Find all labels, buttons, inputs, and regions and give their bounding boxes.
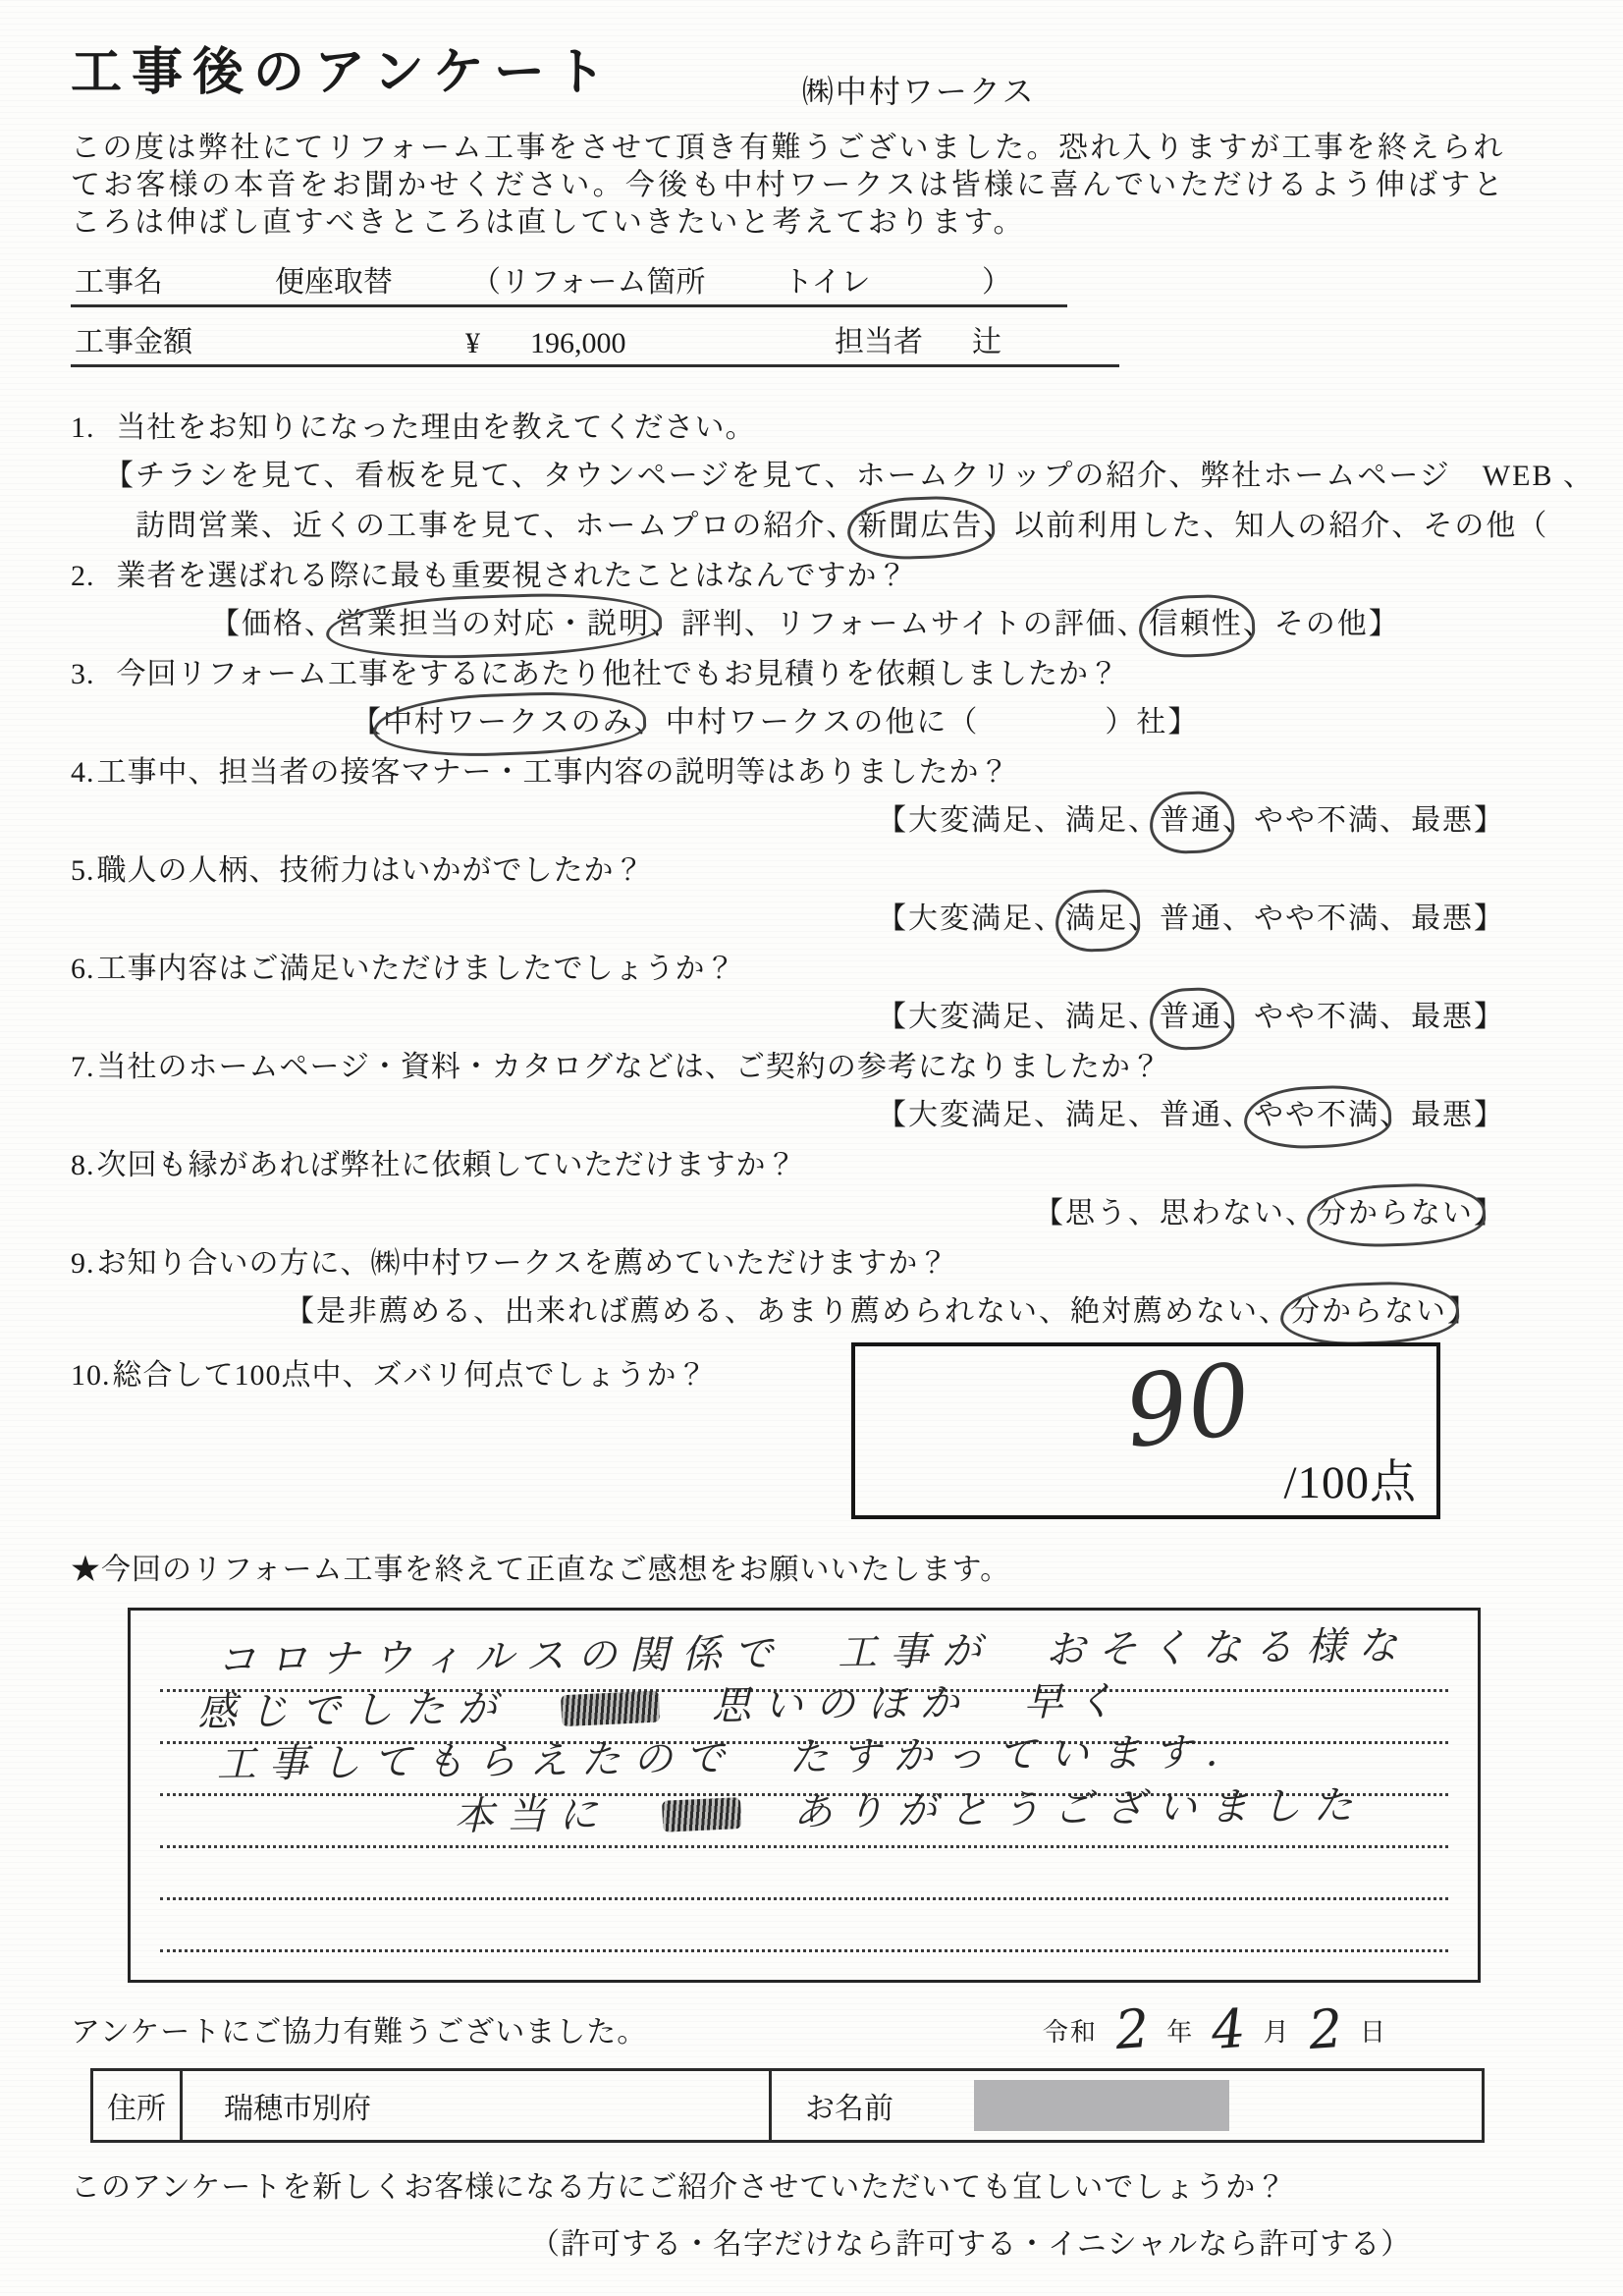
contact-table: 住所 瑞穂市別府 お名前	[90, 2068, 1485, 2143]
manager-label: 担当者	[835, 317, 923, 360]
question-9: 9.お知り合いの方に、㈱中村ワークスを薦めていただけますか？【是非薦める、出来れ…	[71, 1244, 1505, 1331]
option-text: 【大変満足、	[877, 902, 1065, 935]
question-number: 8.	[71, 1149, 95, 1181]
options-line: 【大変満足、満足、普通、やや不満、最悪】	[71, 998, 1505, 1036]
option-text: 【大変満足、満足、	[877, 804, 1160, 837]
amount-label: 工事金額	[75, 317, 192, 360]
option-text: 、以前利用した、知人の紹介、その他（ ）】	[983, 510, 1623, 542]
question-2: 2.業者を選ばれる際に最も重要視されたことはなんですか？【価格、営業担当の対応・…	[71, 557, 1505, 643]
circled-option: 営業担当の対応・説明	[336, 605, 650, 643]
question-number: 1.	[71, 411, 95, 444]
question-text: 職人の人柄、技術力はいかがでしたか？	[97, 854, 645, 887]
option-text: 、普通、やや不満、最悪】	[1128, 902, 1505, 935]
question-number: 7.	[71, 1051, 95, 1083]
option-text: 【	[352, 706, 383, 738]
month-suffix: 月	[1264, 2012, 1291, 2054]
year-value-handwritten: 2	[1113, 2005, 1151, 2055]
thanks-text: アンケートにご協力有難うございました。	[71, 2007, 647, 2054]
question-number: 2.	[71, 560, 95, 592]
question-line: 9.お知り合いの方に、㈱中村ワークスを薦めていただけますか？	[71, 1244, 1505, 1283]
options-line: 訪問営業、近くの工事を見て、ホームプロの紹介、新聞広告、以前利用した、知人の紹介…	[135, 507, 1505, 545]
option-text: 、評判、リフォームサイトの評価、	[650, 608, 1149, 640]
circled-option: 分からない	[1317, 1194, 1474, 1232]
share-permission-question: このアンケートを新しくお客様になる方にご紹介させていただいても宜しいでしょうか？	[71, 2162, 1505, 2206]
name-label: お名前	[772, 2071, 968, 2140]
address-label: 住所	[93, 2071, 183, 2140]
options-line: 【チラシを見て、看板を見て、タウンページを見て、ホームクリップの紹介、弊社ホーム…	[104, 457, 1505, 495]
options-line: 【是非薦める、出来れば薦める、あまり薦められない、絶対薦めない、分からない】	[285, 1292, 1505, 1331]
question-text: 当社のホームページ・資料・カタログなどは、ご契約の参考になりましたか？	[97, 1051, 1162, 1083]
circled-option: やや不満	[1254, 1096, 1380, 1134]
reform-location-value: トイレ	[784, 257, 871, 301]
question-text: 当社をお知りになった理由を教えてください。	[117, 411, 756, 444]
project-name-value: 便座取替	[275, 257, 393, 301]
question-number: 3.	[71, 658, 95, 690]
question-text: 次回も縁があれば弊社に依頼していただけますか？	[97, 1149, 797, 1181]
intro-text: この度は弊社にてリフォーム工事をさせて頂き有難うございました。恐れ入りますが工事…	[71, 130, 1505, 242]
option-text: 】	[1474, 1197, 1505, 1230]
question-line: 8.次回も縁があれば弊社に依頼していただけますか？	[71, 1146, 1505, 1184]
name-value-cell	[968, 2071, 1482, 2140]
question-3: 3.今回リフォーム工事をするにあたり他社でもお見積りを依頼しましたか？【中村ワー…	[71, 655, 1505, 741]
circled-option: 分からない	[1290, 1292, 1447, 1331]
date-group: 令和 2 年 4 月 2 日	[1043, 2006, 1387, 2054]
manager-value: 辻	[972, 317, 1001, 360]
company-name: ㈱中村ワークス	[802, 67, 1036, 112]
redacted-name-box	[974, 2080, 1229, 2131]
score-box: 90/100点	[851, 1342, 1440, 1519]
circled-option: 普通	[1160, 998, 1222, 1036]
project-name-row: 工事名 便座取替 （リフォーム箇所 トイレ ）	[71, 253, 1067, 307]
option-text: 【チラシを見て、看板を見て、タウンページを見て、ホームクリップの紹介、弊社ホーム…	[104, 460, 1595, 492]
question-line: 2.業者を選ばれる際に最も重要視されたことはなんですか？	[71, 557, 1505, 595]
project-info: 工事名 便座取替 （リフォーム箇所 トイレ ） 工事金額 ¥ 196,000 担…	[71, 253, 1505, 367]
circled-option: 新聞広告	[857, 507, 983, 545]
comment-line	[160, 1848, 1448, 1900]
handwritten-text: 本当に	[454, 1792, 663, 1840]
circled-option: 中村ワークスのみ	[383, 703, 634, 741]
question-5: 5.職人の人柄、技術力はいかがでしたか？【大変満足、満足、普通、やや不満、最悪】	[71, 851, 1505, 938]
reform-location-label: （リフォーム箇所	[471, 257, 706, 301]
page-title: 工事後のアンケート	[71, 45, 616, 101]
option-text: 、やや不満、最悪】	[1222, 804, 1505, 837]
question-line: 1.当社をお知りになった理由を教えてください。	[71, 409, 1505, 447]
year-suffix: 年	[1166, 2012, 1194, 2054]
question-number: 4.	[71, 756, 95, 789]
question-text: 総合して100点中、ズバリ何点でしょうか？	[113, 1359, 708, 1392]
questions-list: 1.当社をお知りになった理由を教えてください。【チラシを見て、看板を見て、タウン…	[71, 409, 1505, 1519]
comment-line: 本当に ありがとうございました	[160, 1796, 1448, 1848]
option-text: 、最悪】	[1380, 1099, 1505, 1131]
option-text: 、中村ワークスの他に（ ）社】	[634, 706, 1200, 738]
month-value-handwritten: 4	[1211, 2005, 1248, 2055]
options-line: 【大変満足、満足、普通、やや不満、最悪】	[71, 801, 1505, 840]
options-line: 【中村ワークスのみ、中村ワークスの他に（ ）社】	[352, 703, 1505, 741]
options-line: 【大変満足、満足、普通、やや不満、最悪】	[71, 1096, 1505, 1134]
option-text: 【思う、思わない、	[1034, 1197, 1317, 1230]
question-text: お知り合いの方に、㈱中村ワークスを薦めていただけますか？	[97, 1247, 949, 1280]
question-text: 今回リフォーム工事をするにあたり他社でもお見積りを依頼しましたか？	[117, 658, 1120, 690]
option-text: 、やや不満、最悪】	[1222, 1001, 1505, 1033]
question-6: 6.工事内容はご満足いただけましたでしょうか？【大変満足、満足、普通、やや不満、…	[71, 950, 1505, 1036]
question-4: 4.工事中、担当者の接客マナー・工事内容の説明等はありましたか？【大変満足、満足…	[71, 753, 1505, 840]
amount-value: 196,000	[530, 327, 626, 360]
options-line: 【思う、思わない、分からない】	[71, 1194, 1505, 1232]
feedback-prompt: ★今回のリフォーム工事を終えて正直なご感想をお願いいたします。	[71, 1545, 1505, 1588]
question-1: 1.当社をお知りになった理由を教えてください。【チラシを見て、看板を見て、タウン…	[71, 409, 1505, 545]
header: 工事後のアンケート ㈱中村ワークス	[71, 45, 1505, 112]
options-line: 【大変満足、満足、普通、やや不満、最悪】	[71, 900, 1505, 938]
handwritten-text: 感じでしたが	[196, 1686, 562, 1736]
project-name-label: 工事名	[75, 257, 163, 301]
circled-option: 普通	[1160, 801, 1222, 840]
score-value-handwritten: 90	[1118, 1341, 1257, 1471]
option-text: 、その他】	[1243, 608, 1400, 640]
question-number: 10.	[71, 1359, 111, 1392]
question-7: 7.当社のホームページ・資料・カタログなどは、ご契約の参考になりましたか？【大変…	[71, 1048, 1505, 1134]
address-value: 瑞穂市別府	[183, 2071, 772, 2140]
question-8: 8.次回も縁があれば弊社に依頼していただけますか？【思う、思わない、分からない】	[71, 1146, 1505, 1232]
question-text: 工事内容はご満足いただけましたでしょうか？	[97, 953, 736, 985]
handwritten-text: ありがとうございました	[740, 1783, 1366, 1836]
option-text: 【是非薦める、出来れば薦める、あまり薦められない、絶対薦めない、	[285, 1295, 1290, 1328]
circled-option: 信頼性	[1149, 605, 1243, 643]
question-number: 6.	[71, 953, 95, 985]
closing-row: アンケートにご協力有難うございました。 令和 2 年 4 月 2 日	[71, 2006, 1505, 2054]
question-line: 5.職人の人柄、技術力はいかがでしたか？	[71, 851, 1505, 890]
project-amount-row: 工事金額 ¥ 196,000 担当者 辻	[71, 313, 1119, 367]
question-line: 4.工事中、担当者の接客マナー・工事内容の説明等はありましたか？	[71, 753, 1505, 792]
question-text: 工事中、担当者の接客マナー・工事内容の説明等はありましたか？	[97, 756, 1010, 789]
question-number: 5.	[71, 854, 95, 887]
day-suffix: 日	[1360, 2012, 1387, 2054]
survey-page: 工事後のアンケート ㈱中村ワークス この度は弊社にてリフォーム工事をさせて頂き有…	[0, 0, 1623, 2296]
option-text: 【大変満足、満足、	[877, 1001, 1160, 1033]
question-line: 7.当社のホームページ・資料・カタログなどは、ご契約の参考になりましたか？	[71, 1048, 1505, 1086]
day-value-handwritten: 2	[1307, 2005, 1344, 2055]
option-text: 訪問営業、近くの工事を見て、ホームプロの紹介、	[135, 510, 857, 542]
question-line: 6.工事内容はご満足いただけましたでしょうか？	[71, 950, 1505, 988]
option-text: 【価格、	[210, 608, 336, 640]
score-max-label: /100点	[1283, 1446, 1417, 1511]
amount-currency: ¥	[465, 327, 480, 360]
question-number: 9.	[71, 1247, 95, 1280]
question-10: 10.総合して100点中、ズバリ何点でしょうか？90/100点	[71, 1342, 1505, 1519]
option-text: 】	[1447, 1295, 1479, 1328]
question-line: 10.総合して100点中、ズバリ何点でしょうか？	[71, 1356, 708, 1394]
crossed-out-scribble	[662, 1797, 741, 1832]
question-text: 業者を選ばれる際に最も重要視されたことはなんですか？	[117, 560, 908, 592]
circled-option: 満足	[1065, 900, 1128, 938]
handwritten-comment: 本当に ありがとうございました	[454, 1775, 1366, 1841]
comment-line	[160, 1900, 1448, 1952]
era-label: 令和	[1043, 2012, 1098, 2054]
crossed-out-scribble	[561, 1691, 660, 1727]
options-line: 【価格、営業担当の対応・説明、評判、リフォームサイトの評価、信頼性、その他】	[210, 605, 1505, 643]
reform-location-close: ）	[982, 257, 1011, 301]
share-permission-options: （許可する・名字だけなら許可する・イニシャルなら許可する）	[530, 2219, 1505, 2263]
comment-box: コロナウィルスの関係で 工事が おそくなる様な感じでしたが 思いのほか 早く工事…	[128, 1608, 1481, 1983]
option-text: 【大変満足、満足、普通、	[877, 1099, 1254, 1131]
question-line: 3.今回リフォーム工事をするにあたり他社でもお見積りを依頼しましたか？	[71, 655, 1505, 693]
